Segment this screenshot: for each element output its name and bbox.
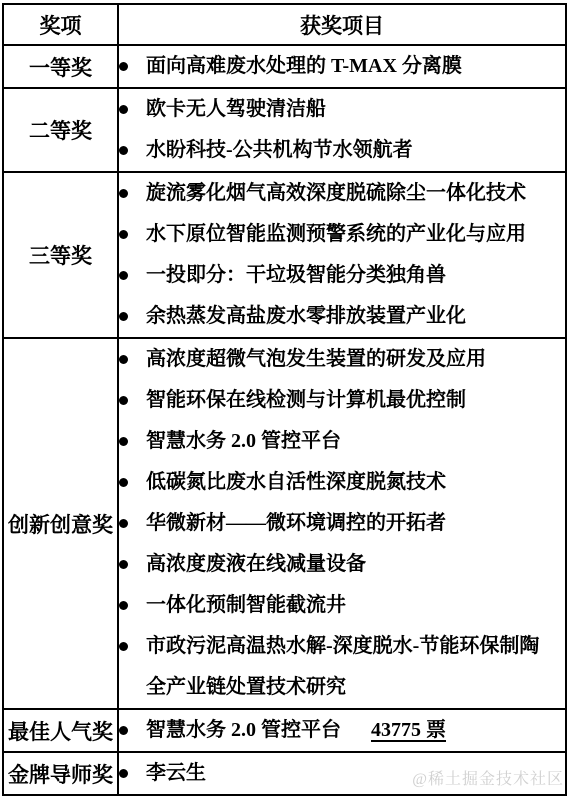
project-text: 欧卡无人驾驶清洁船 — [146, 98, 326, 120]
project-text-wrap: 华微新材——微环境调控的开拓者 — [146, 503, 446, 544]
bullet-icon — [119, 312, 128, 321]
project-text-wrap: 低碳氮比废水自活性深度脱氮技术 — [146, 462, 446, 503]
watermark-text: @稀土掘金技术社区 — [412, 766, 564, 789]
project-text-wrap: 智慧水务 2.0 管控平台 — [146, 421, 341, 462]
project-text: 水下原位智能监测预警系统的产业化与应用 — [146, 223, 526, 245]
project-item: 华微新材——微环境调控的开拓者 — [119, 503, 565, 544]
project-item: 欧卡无人驾驶清洁船 — [119, 89, 565, 130]
project-text: 高浓度废液在线减量设备 — [146, 553, 366, 575]
bullet-icon — [119, 105, 128, 114]
projects-cell: 高浓度超微气泡发生装置的研发及应用 智能环保在线检测与计算机最优控制 智慧水务 … — [118, 338, 566, 709]
bullet-icon — [119, 355, 128, 364]
project-text: 智慧水务 2.0 管控平台 — [146, 719, 341, 741]
project-text-wrap: 余热蒸发高盐废水零排放装置产业化 — [146, 296, 466, 337]
projects-cell: 智慧水务 2.0 管控平台43775 票 — [118, 709, 566, 752]
project-item: 面向高难废水处理的 T-MAX 分离膜 — [119, 46, 565, 87]
project-text: 余热蒸发高盐废水零排放装置产业化 — [146, 305, 466, 327]
project-text-wrap: 欧卡无人驾驶清洁船 — [146, 89, 326, 130]
bullet-icon — [119, 769, 128, 778]
award-name: 一等奖 — [3, 45, 118, 88]
projects-cell: 欧卡无人驾驶清洁船 水盼科技-公共机构节水领航者 — [118, 88, 566, 172]
project-text-wrap: 高浓度废液在线减量设备 — [146, 544, 366, 585]
awards-table: 奖项 获奖项目 一等奖 面向高难废水处理的 T-MAX 分离膜 二等奖 欧卡无人… — [2, 3, 567, 796]
award-name: 创新创意奖 — [3, 338, 118, 709]
bullet-icon — [119, 601, 128, 610]
projects-column-header: 获奖项目 — [118, 4, 566, 45]
bullet-icon — [119, 62, 128, 71]
table-body: 一等奖 面向高难废水处理的 T-MAX 分离膜 二等奖 欧卡无人驾驶清洁船 水盼… — [3, 45, 566, 795]
table-row: 三等奖 旋流雾化烟气高效深度脱硫除尘一体化技术 水下原位智能监测预警系统的产业化… — [3, 172, 566, 338]
project-text: 一体化预制智能截流井 — [146, 594, 346, 616]
project-text-wrap: 水下原位智能监测预警系统的产业化与应用 — [146, 214, 526, 255]
project-item: 高浓度废液在线减量设备 — [119, 544, 565, 585]
project-text-wrap: 市政污泥高温热水解-深度脱水-节能环保制陶全产业链处置技术研究 — [146, 626, 556, 708]
award-name: 最佳人气奖 — [3, 709, 118, 752]
projects-cell: 面向高难废水处理的 T-MAX 分离膜 — [118, 45, 566, 88]
bullet-icon — [119, 230, 128, 239]
project-text-wrap: 一体化预制智能截流井 — [146, 585, 346, 626]
table-row: 二等奖 欧卡无人驾驶清洁船 水盼科技-公共机构节水领航者 — [3, 88, 566, 172]
bullet-icon — [119, 642, 128, 651]
project-item: 智能环保在线检测与计算机最优控制 — [119, 380, 565, 421]
project-text: 智能环保在线检测与计算机最优控制 — [146, 389, 466, 411]
project-text: 高浓度超微气泡发生装置的研发及应用 — [146, 348, 486, 370]
project-item: 智慧水务 2.0 管控平台43775 票 — [119, 710, 565, 751]
project-text-wrap: 水盼科技-公共机构节水领航者 — [146, 130, 413, 171]
bullet-icon — [119, 560, 128, 569]
table-row: 一等奖 面向高难废水处理的 T-MAX 分离膜 — [3, 45, 566, 88]
bullet-icon — [119, 271, 128, 280]
project-text: 旋流雾化烟气高效深度脱硫除尘一体化技术 — [146, 182, 526, 204]
award-name: 三等奖 — [3, 172, 118, 338]
bullet-icon — [119, 396, 128, 405]
award-name: 金牌导师奖 — [3, 752, 118, 795]
project-item: 市政污泥高温热水解-深度脱水-节能环保制陶全产业链处置技术研究 — [119, 626, 565, 708]
project-text-wrap: 一投即分：干垃圾智能分类独角兽 — [146, 255, 446, 296]
project-text: 低碳氮比废水自活性深度脱氮技术 — [146, 471, 446, 493]
project-text-wrap: 面向高难废水处理的 T-MAX 分离膜 — [146, 46, 462, 87]
project-item: 水盼科技-公共机构节水领航者 — [119, 130, 565, 171]
project-text: 市政污泥高温热水解-深度脱水-节能环保制陶全产业链处置技术研究 — [146, 635, 539, 698]
project-text: 面向高难废水处理的 T-MAX 分离膜 — [146, 55, 462, 77]
bullet-icon — [119, 437, 128, 446]
project-item: 高浓度超微气泡发生装置的研发及应用 — [119, 339, 565, 380]
project-text-wrap: 李云生 — [146, 753, 206, 794]
project-item: 余热蒸发高盐废水零排放装置产业化 — [119, 296, 565, 337]
project-item: 旋流雾化烟气高效深度脱硫除尘一体化技术 — [119, 173, 565, 214]
project-text: 水盼科技-公共机构节水领航者 — [146, 139, 413, 161]
project-text: 智慧水务 2.0 管控平台 — [146, 430, 341, 452]
bullet-icon — [119, 519, 128, 528]
project-item: 水下原位智能监测预警系统的产业化与应用 — [119, 214, 565, 255]
header-row: 奖项 获奖项目 — [3, 4, 566, 45]
project-text-wrap: 高浓度超微气泡发生装置的研发及应用 — [146, 339, 486, 380]
projects-cell: 旋流雾化烟气高效深度脱硫除尘一体化技术 水下原位智能监测预警系统的产业化与应用 … — [118, 172, 566, 338]
bullet-icon — [119, 146, 128, 155]
project-item: 低碳氮比废水自活性深度脱氮技术 — [119, 462, 565, 503]
award-name: 二等奖 — [3, 88, 118, 172]
project-text-wrap: 智能环保在线检测与计算机最优控制 — [146, 380, 466, 421]
project-text-wrap: 旋流雾化烟气高效深度脱硫除尘一体化技术 — [146, 173, 526, 214]
bullet-icon — [119, 478, 128, 487]
project-text: 华微新材——微环境调控的开拓者 — [146, 512, 446, 534]
bullet-icon — [119, 726, 128, 735]
project-text: 一投即分：干垃圾智能分类独角兽 — [146, 264, 446, 286]
table-row: 创新创意奖 高浓度超微气泡发生装置的研发及应用 智能环保在线检测与计算机最优控制… — [3, 338, 566, 709]
awards-document-page: 奖项 获奖项目 一等奖 面向高难废水处理的 T-MAX 分离膜 二等奖 欧卡无人… — [0, 0, 574, 801]
bullet-icon — [119, 189, 128, 198]
table-row: 最佳人气奖 智慧水务 2.0 管控平台43775 票 — [3, 709, 566, 752]
project-item: 智慧水务 2.0 管控平台 — [119, 421, 565, 462]
votes-text: 43775 票 — [371, 719, 446, 741]
award-column-header: 奖项 — [3, 4, 118, 45]
project-text-wrap: 智慧水务 2.0 管控平台43775 票 — [146, 710, 446, 751]
project-item: 一体化预制智能截流井 — [119, 585, 565, 626]
project-text: 李云生 — [146, 762, 206, 784]
project-item: 一投即分：干垃圾智能分类独角兽 — [119, 255, 565, 296]
